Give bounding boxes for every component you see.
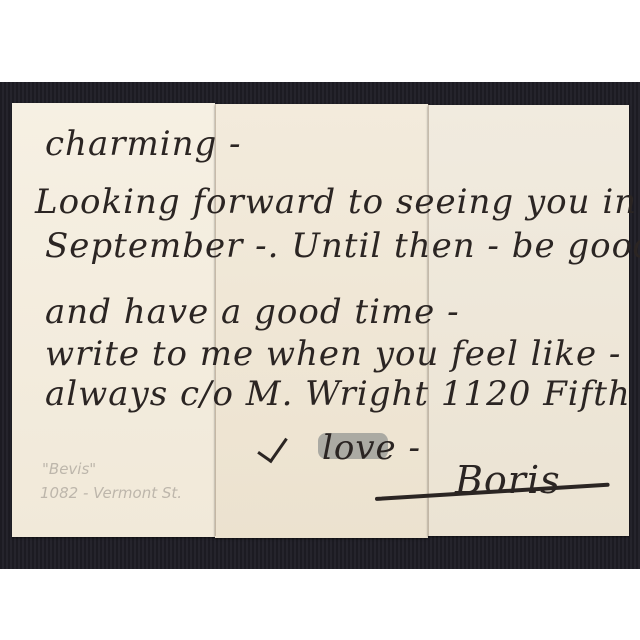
- letter-line-3: September -. Until then - be good -: [45, 226, 640, 266]
- pencil-note-name: "Bevis": [42, 460, 96, 478]
- letter-line-2: Looking forward to seeing you in: [35, 182, 637, 222]
- signature: Boris: [455, 458, 561, 502]
- pencil-note-address: 1082 - Vermont St.: [40, 484, 182, 502]
- letter-line-5: write to me when you feel like -: [45, 334, 621, 374]
- letter-line-6: always c/o M. Wright 1120 Fifth ave: [45, 374, 640, 414]
- letter-closing: love -: [322, 428, 421, 468]
- letter-line-1: charming -: [45, 124, 242, 164]
- letter-line-4: and have a good time -: [45, 292, 460, 332]
